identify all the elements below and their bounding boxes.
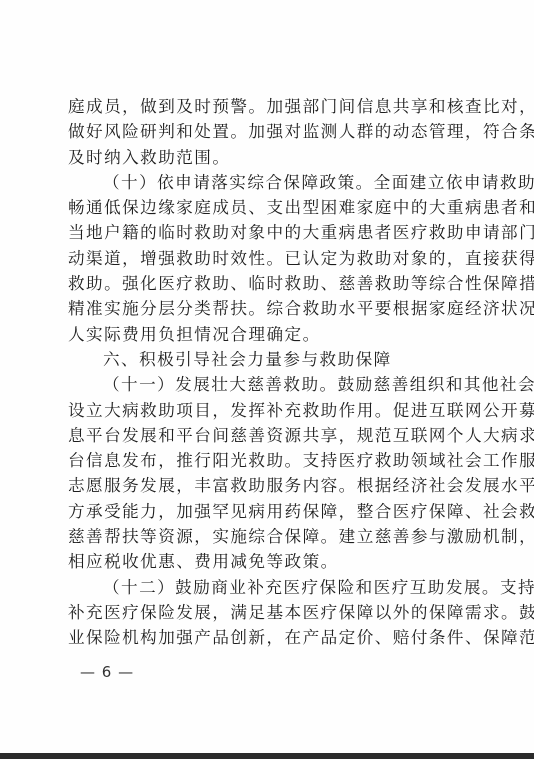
text-line: 当地户籍的临时救助对象中的大重病患者医疗救助申请部门联 [68, 220, 470, 245]
text-line: 做好风险研判和处置。加强对监测人群的动态管理，符合条件的 [68, 119, 470, 144]
text-line: 业保险机构加强产品创新，在产品定价、赔付条件、保障范围等 [68, 625, 470, 650]
document-body: 庭成员，做到及时预警。加强部门间信息共享和核查比对，协同 做好风险研判和处置。加… [68, 94, 470, 651]
paragraph-start-line: （十）依申请落实综合保障政策。全面建立依申请救助机制， [68, 170, 470, 195]
text-line: 精准实施分层分类帮扶。综合救助水平要根据家庭经济状况、个 [68, 296, 470, 321]
text-line: 台信息发布，推行阳光救助。支持医疗救助领域社会工作服务和 [68, 448, 470, 473]
text-line: 相应税收优惠、费用减免等政策。 [68, 549, 470, 574]
document-page: 庭成员，做到及时预警。加强部门间信息共享和核查比对，协同 做好风险研判和处置。加… [0, 0, 534, 753]
section-heading: 六、积极引导社会力量参与救助保障 [68, 347, 470, 372]
text-line: 庭成员，做到及时预警。加强部门间信息共享和核查比对，协同 [68, 94, 470, 119]
text-line: 及时纳入救助范围。 [68, 145, 470, 170]
text-line: 人实际费用负担情况合理确定。 [68, 322, 470, 347]
text-line: 设立大病救助项目，发挥补充救助作用。促进互联网公开募捐信 [68, 398, 470, 423]
text-line: 志愿服务发展，丰富救助服务内容。根据经济社会发展水平和各 [68, 473, 470, 498]
text-line: 补充医疗保险发展，满足基本医疗保障以外的保障需求。鼓励商 [68, 600, 470, 625]
text-line: 慈善帮扶等资源，实施综合保障。建立慈善参与激励机制，落实 [68, 524, 470, 549]
paragraph-start-line: （十二）鼓励商业补充医疗保险和医疗互助发展。支持商业 [68, 575, 470, 600]
text-line: 救助。强化医疗救助、临时救助、慈善救助等综合性保障措施， [68, 271, 470, 296]
page-number: — 6 — [80, 662, 134, 682]
text-line: 动渠道，增强救助时效性。已认定为救助对象的，直接获得医疗 [68, 246, 470, 271]
bottom-bar [0, 753, 534, 759]
paragraph-start-line: （十一）发展壮大慈善救助。鼓励慈善组织和其他社会组织 [68, 372, 470, 397]
text-line: 方承受能力，加强罕见病用药保障，整合医疗保障、社会救助、 [68, 499, 470, 524]
text-line: 息平台发展和平台间慈善资源共享，规范互联网个人大病求助平 [68, 423, 470, 448]
text-line: 畅通低保边缘家庭成员、支出型困难家庭中的大重病患者和具有 [68, 195, 470, 220]
